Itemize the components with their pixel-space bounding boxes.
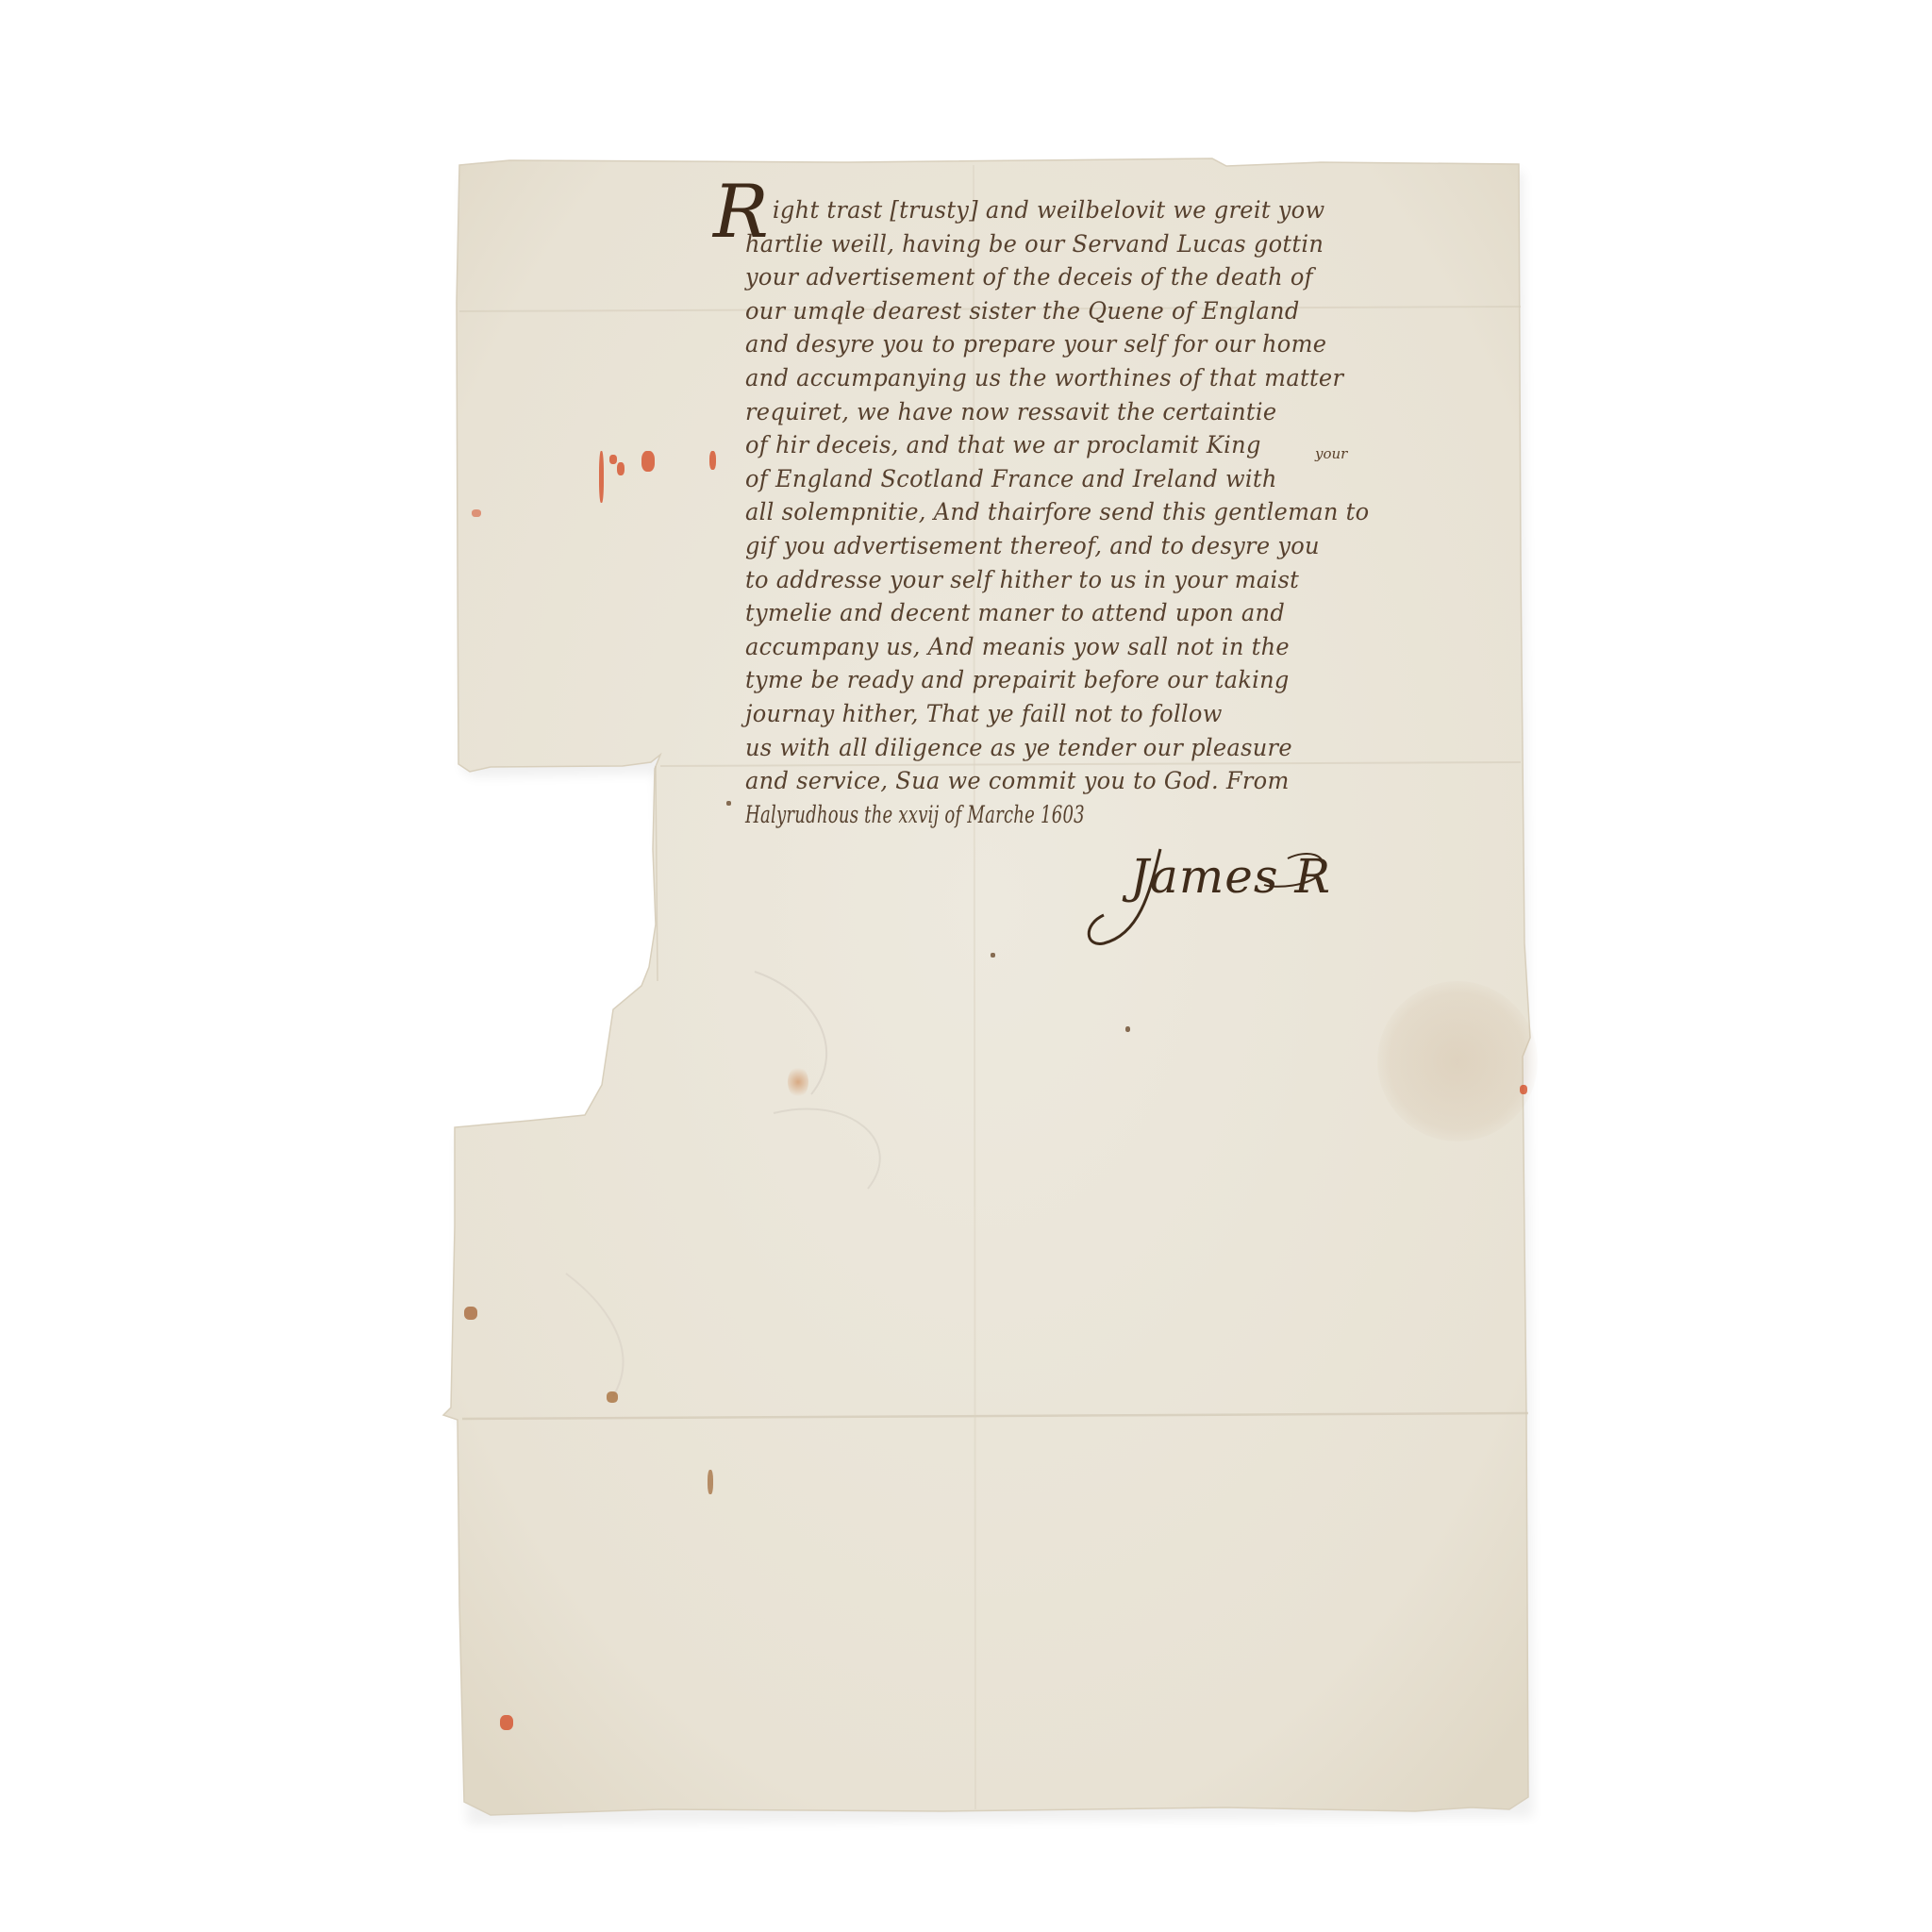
letter-line: tymelie and decent maner to attend upon …: [745, 596, 1500, 630]
date-line: Halyrudhous the xxvij of Marche 1603: [745, 798, 1311, 832]
wax-mark: [500, 1715, 513, 1730]
wax-mark: [709, 451, 716, 470]
wax-mark: [599, 451, 604, 503]
wax-mark: [609, 455, 617, 464]
letter-line: us with all diligence as ye tender our p…: [745, 731, 1500, 765]
letter-body: ight trast [trusty] and weilbelovit we g…: [745, 193, 1528, 831]
foxing-spot: [726, 801, 731, 806]
wax-mark: [472, 509, 481, 517]
letter-line: all solempnitie, And thairfore send this…: [745, 495, 1500, 529]
letter-line: your advertisement of the deceis of the …: [745, 260, 1500, 294]
letter-line: of England Scotland France and Ireland w…: [745, 462, 1500, 496]
letter-line: journay hither, That ye faill not to fol…: [745, 697, 1500, 731]
letter-line: ight trast [trusty] and weilbelovit we g…: [745, 193, 1500, 227]
royal-signature: James R: [1130, 849, 1331, 904]
photo-stage: R ight trast [trusty] and weilbelovit we…: [0, 0, 1932, 1932]
letter-line: of hir deceis, and that we ar proclamit …: [745, 428, 1500, 462]
letter-line: and accumpanying us the worthines of tha…: [745, 361, 1500, 395]
interlinear-insertion: your: [1315, 445, 1347, 462]
letter-line: accumpany us, And meanis yow sall not in…: [745, 630, 1500, 664]
letter-line: tyme be ready and prepairit before our t…: [745, 663, 1500, 697]
water-stain: [1377, 981, 1538, 1141]
foxing-spot: [1125, 1026, 1130, 1032]
wax-mark: [1520, 1085, 1527, 1094]
foxing-spot: [464, 1307, 477, 1320]
letter-line: to addresse your self hither to us in yo…: [745, 563, 1500, 597]
wax-mark: [617, 462, 625, 475]
letter-line: gif you advertisement thereof, and to de…: [745, 529, 1500, 563]
letter-line: and service, Sua we commit you to God. F…: [745, 764, 1500, 798]
foxing-spot: [708, 1470, 713, 1494]
letter-line: requiret, we have now ressavit the certa…: [745, 395, 1500, 429]
letter-line: our umqle dearest sister the Quene of En…: [745, 294, 1500, 328]
letter-line: and desyre you to prepare your self for …: [745, 327, 1500, 361]
foxing-spot: [788, 1066, 808, 1098]
foxing-spot: [991, 953, 995, 958]
letter-line: hartlie weill, having be our Servand Luc…: [745, 227, 1500, 261]
wax-mark: [641, 451, 655, 472]
foxing-spot: [607, 1391, 618, 1403]
